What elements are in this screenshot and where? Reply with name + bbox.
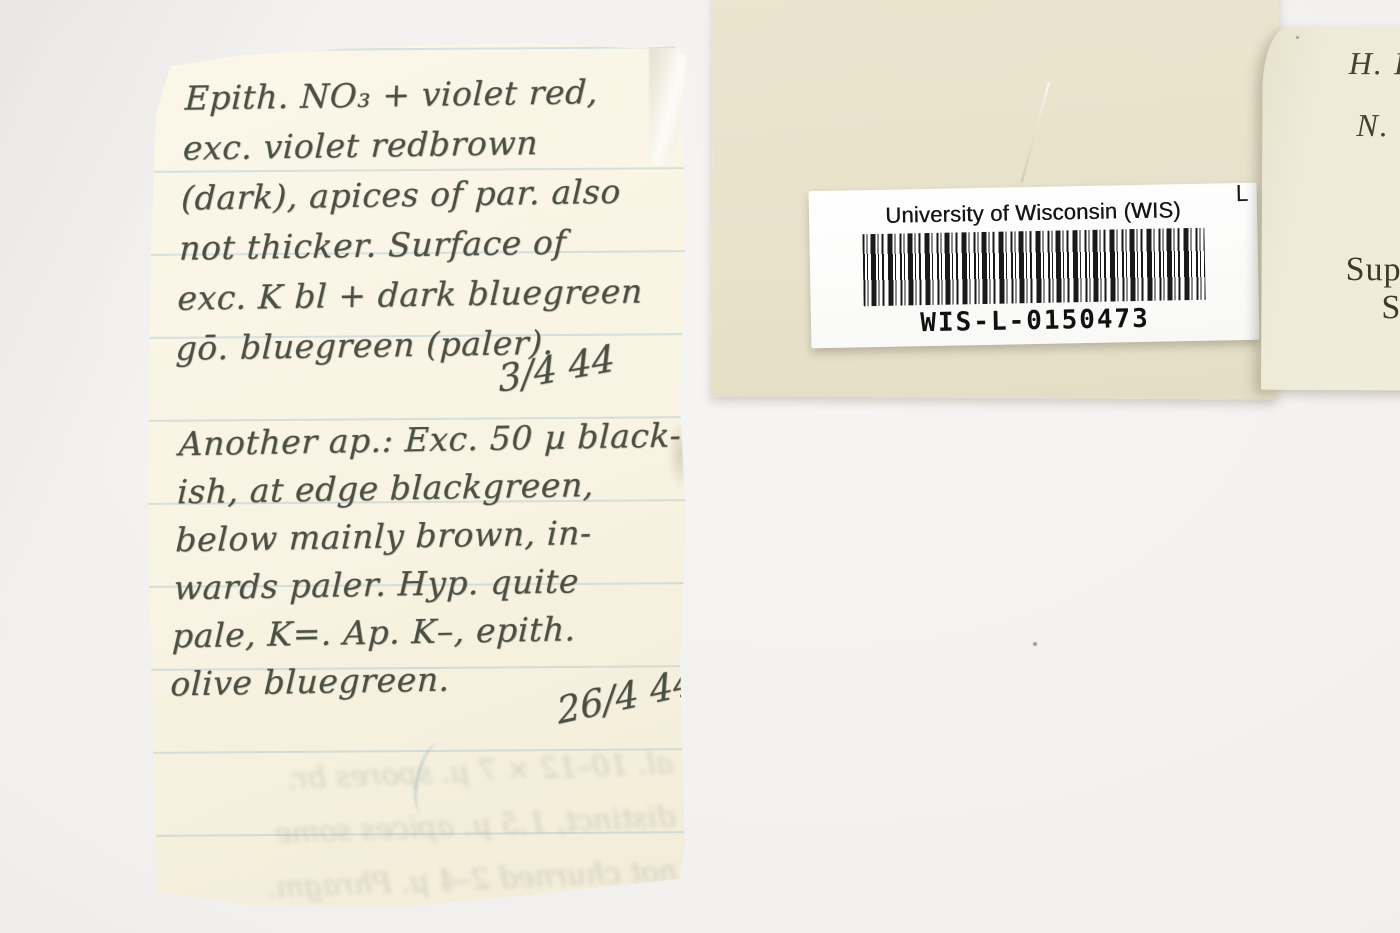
note-line: not thicker. Surface of — [178, 216, 645, 273]
label-corner-mark: L — [1235, 182, 1249, 207]
note-line: exc. violet redbrown — [182, 116, 649, 173]
institution-name: University of Wisconsin (WIS) — [809, 196, 1257, 231]
note-line: below mainly brown, in- — [175, 508, 679, 565]
dust-speck — [1296, 36, 1299, 39]
dust-speck — [1033, 642, 1037, 646]
note-line: exc. K bl + dark bluegreen — [177, 266, 644, 323]
printed-text-fragment: Sup — [1346, 251, 1400, 289]
barcode-label: L University of Wisconsin (WIS) WIS-L-01… — [809, 183, 1260, 349]
note-line: wards paler. Hyp. quite — [173, 556, 677, 613]
printed-text-fragment: N. — [1356, 107, 1390, 144]
barcode-icon — [862, 228, 1205, 307]
printed-text-fragment: H. I — [1349, 45, 1400, 82]
note-paragraph-1: Epith. NO₃ + violet red, exc. violet red… — [175, 66, 651, 374]
accession-number: WIS-L-0150473 — [811, 302, 1259, 341]
note-line: pale, K=. Ap. K–, epith. — [171, 604, 675, 661]
note-line: (dark), apices of par. also — [180, 166, 647, 223]
note-line: ish, at edge blackgreen, — [176, 460, 680, 517]
handwritten-note-paper: Epith. NO₃ + violet red, exc. violet red… — [143, 40, 699, 912]
note-line: Epith. NO₃ + violet red, — [184, 66, 651, 123]
card-crease — [1021, 82, 1050, 183]
specimen-photo: Epith. NO₃ + violet red, exc. violet red… — [0, 0, 1400, 933]
printed-label-card: H. I N. Sup S — [1261, 27, 1400, 391]
note-paragraph-2: Another ap.: Exc. 50 µ black- ish, at ed… — [170, 411, 683, 708]
paper-corner-fold — [649, 48, 686, 166]
note-line: Another ap.: Exc. 50 µ black- — [178, 411, 682, 468]
printed-text-fragment: S — [1381, 289, 1400, 327]
